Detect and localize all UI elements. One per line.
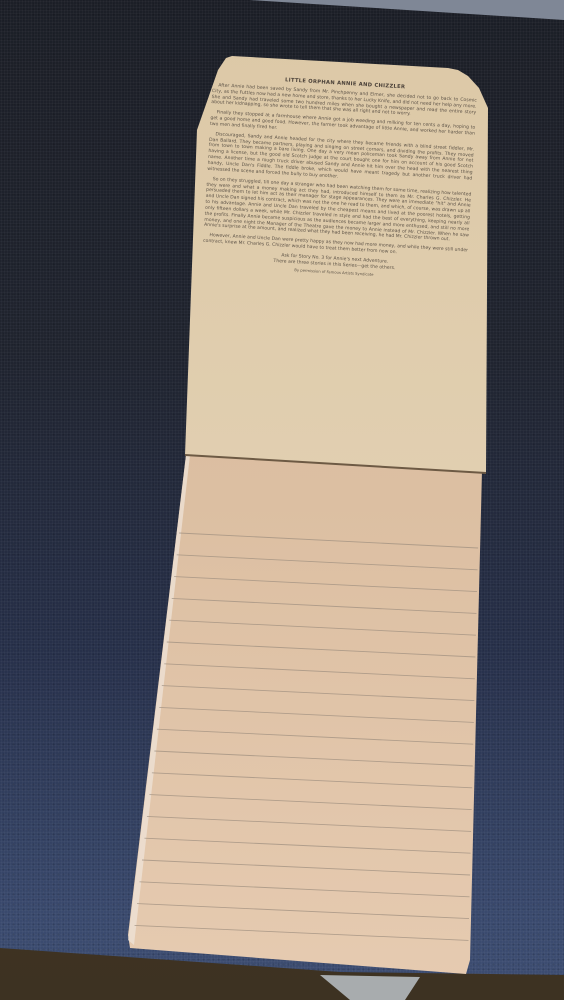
- background-light-strip: [0, 0, 564, 30]
- story-text: LITTLE ORPHAN ANNIE AND CHIZZLER After A…: [202, 74, 478, 283]
